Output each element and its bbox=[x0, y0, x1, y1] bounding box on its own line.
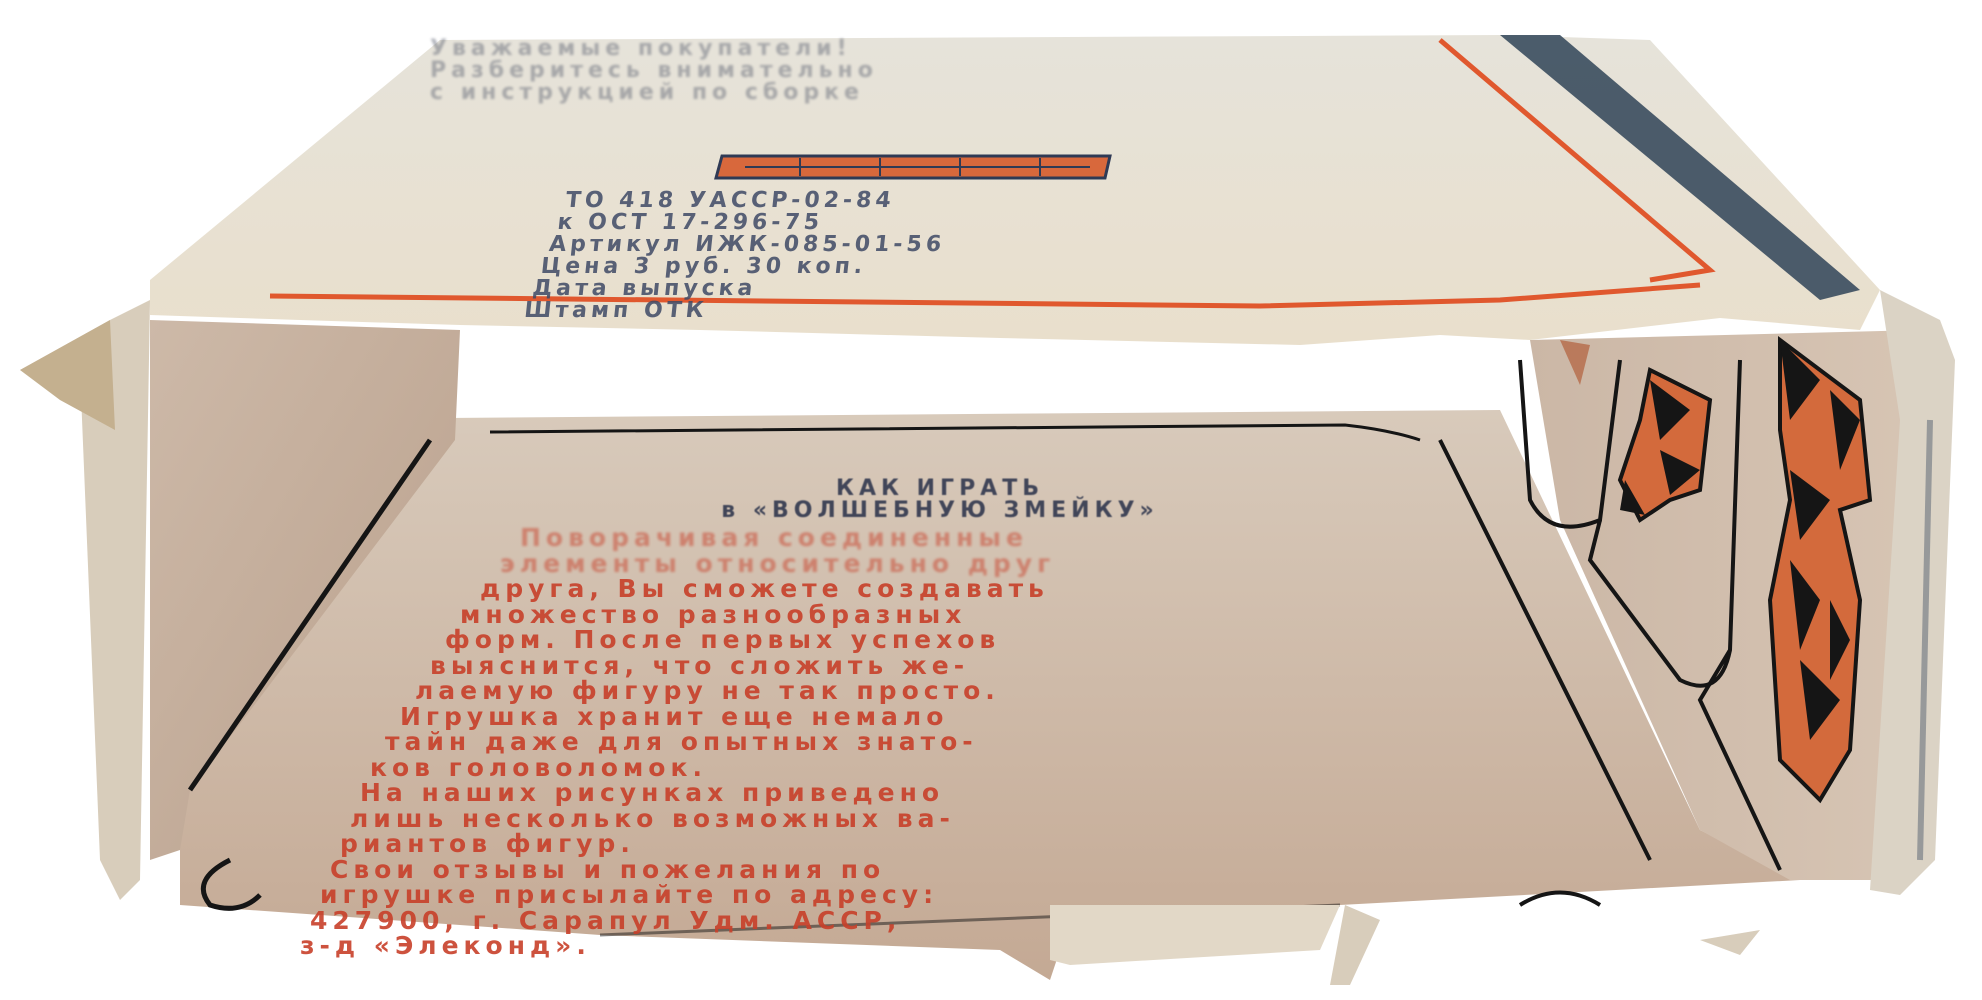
instructions-title-line1: КАК ИГРАТЬ bbox=[560, 478, 1320, 500]
top-heading-line: Уважаемые покупатели! bbox=[430, 38, 878, 60]
instructions-title-line2: в «ВОЛШЕБНУЮ ЗМЕЙКУ» bbox=[560, 500, 1320, 522]
instruction-line: Поворачивая соединенные bbox=[300, 525, 1520, 551]
instruction-line: риантов фигур. bbox=[300, 831, 1520, 857]
orange-pattern-bar bbox=[716, 156, 1110, 178]
top-heading-line: с инструкцией по сборке bbox=[430, 82, 878, 104]
instruction-line: Свои отзывы и пожелания по bbox=[300, 857, 1520, 883]
photo-scene: Уважаемые покупатели! Разберитесь внимат… bbox=[0, 0, 1982, 1000]
instruction-line: 427900, г. Сарапул Удм. АССР, bbox=[300, 908, 1520, 934]
top-flap-heading: Уважаемые покупатели! Разберитесь внимат… bbox=[430, 38, 878, 104]
instruction-line: выяснится, что сложить же- bbox=[300, 653, 1520, 679]
product-info-block: ТО 418 УАССР-02-84 к ОСТ 17-296-75 Артик… bbox=[523, 190, 951, 322]
instruction-line: лишь несколько возможных ва- bbox=[300, 806, 1520, 832]
instructions-body: Поворачивая соединенные элементы относит… bbox=[300, 525, 1520, 959]
instruction-line: форм. После первых успехов bbox=[300, 627, 1520, 653]
instruction-line: з-д «Элеконд». bbox=[300, 933, 1520, 959]
article-number: Артикул ИЖК-085-01-56 bbox=[530, 234, 946, 256]
instruction-line: лаемую фигуру не так просто. bbox=[300, 678, 1520, 704]
release-date-label: Дата выпуска bbox=[525, 278, 941, 300]
price: Цена 3 руб. 30 коп. bbox=[528, 256, 944, 278]
instruction-line: друга, Вы сможете создавать bbox=[300, 576, 1520, 602]
instruction-line: множество разнообразных bbox=[300, 602, 1520, 628]
instruction-line: Игрушка хранит еще немало bbox=[300, 704, 1520, 730]
top-heading-line: Разберитесь внимательно bbox=[430, 60, 878, 82]
ost-number: к ОСТ 17-296-75 bbox=[532, 212, 948, 234]
instruction-line: игрушке присылайте по адресу: bbox=[300, 882, 1520, 908]
instruction-line: тайн даже для опытных знато- bbox=[300, 729, 1520, 755]
standard-number: ТО 418 УАССР-02-84 bbox=[535, 190, 951, 212]
instruction-line: элементы относительно друг bbox=[300, 551, 1520, 577]
instruction-line: ков головоломок. bbox=[300, 755, 1520, 781]
quality-stamp-label: Штамп ОТК bbox=[523, 300, 939, 322]
instructions-title: КАК ИГРАТЬ в «ВОЛШЕБНУЮ ЗМЕЙКУ» bbox=[560, 478, 1320, 522]
instruction-line: На наших рисунках приведено bbox=[300, 780, 1520, 806]
